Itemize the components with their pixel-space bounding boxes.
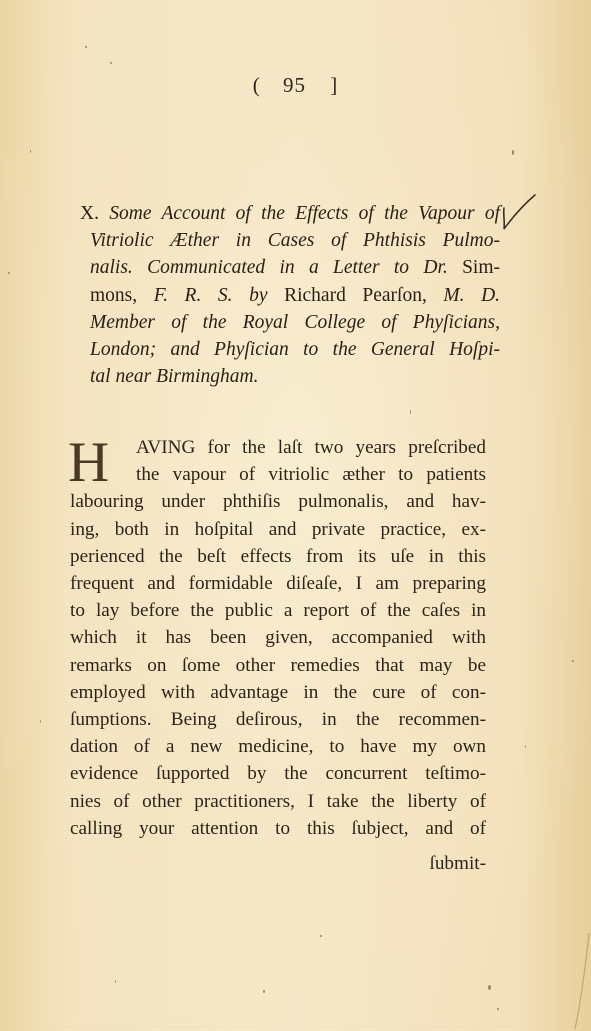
foxing-spot xyxy=(525,745,526,748)
book-page: ( 95 ] X. Some Account of the Effects of… xyxy=(0,0,591,1031)
foxing-spot xyxy=(85,46,87,48)
foxing-spot xyxy=(8,272,10,274)
foxing-spot xyxy=(497,1008,499,1010)
foxing-spot xyxy=(320,935,322,937)
foxing-spot xyxy=(263,990,265,993)
heading-line: tal near Birmingham. xyxy=(90,363,500,390)
body-line: which it has been given, accompanied wit… xyxy=(70,624,486,651)
author-degree: M. D. xyxy=(443,285,500,306)
page-number-close-bracket: ] xyxy=(330,73,338,98)
article-heading: X. Some Account of the Effects of the Va… xyxy=(90,200,500,390)
page-number-open-bracket: ( xyxy=(253,73,261,98)
foxing-spot xyxy=(488,985,491,990)
body-line: ſumptions. Being deſirous, in the recomm… xyxy=(70,706,486,733)
foxing-spot xyxy=(40,720,41,723)
body-line: AVING for the laſt two years preſcribed xyxy=(136,434,486,461)
body-line: calling your attention to this ſubject, … xyxy=(70,815,486,842)
heading-line: Member of the Royal College of Phyſician… xyxy=(90,309,500,336)
body-line: the vapour of vitriolic æther to patient… xyxy=(136,461,486,488)
foxing-spot xyxy=(512,150,514,155)
heading-title-text: Member of the Royal College of Phyſician… xyxy=(90,312,500,333)
heading-line: X. Some Account of the Effects of the Va… xyxy=(80,200,500,227)
heading-title-text: tal near Birmingham. xyxy=(90,366,258,387)
body-line: frequent and formidable diſeaſe, I am pr… xyxy=(70,570,486,597)
body-line: dation of a new medicine, to have my own xyxy=(70,733,486,760)
heading-roman-text: mons, xyxy=(90,285,137,306)
handwritten-checkmark-icon xyxy=(500,192,540,232)
author-name: Richard Pearſon, xyxy=(284,285,427,306)
heading-title-text: Some Account of the Effects of the Vapou… xyxy=(109,203,500,224)
heading-line: London; and Phyſician to the General Hoſ… xyxy=(90,336,500,363)
foxing-spot xyxy=(410,410,411,414)
page-number-value: 95 xyxy=(283,73,306,98)
body-line: perienced the beſt effects from its uſe … xyxy=(70,543,486,570)
body-line: nies of other practitioners, I take the … xyxy=(70,788,486,815)
heading-line: mons, F. R. S. by Richard Pearſon, M. D. xyxy=(90,282,500,309)
foxing-spot xyxy=(110,62,112,64)
heading-line: nalis. Communicated in a Letter to Dr. S… xyxy=(90,254,500,281)
foxing-spot xyxy=(115,980,116,983)
heading-title-text: nalis. Communicated in a Letter to Dr. xyxy=(90,257,448,278)
heading-title-text: Vitriolic Æther in Cases of Phthisis Pul… xyxy=(90,230,500,251)
body-line: evidence ſupported by the concurrent teſ… xyxy=(70,760,486,787)
body-line: employed with advantage in the cure of c… xyxy=(70,679,486,706)
page-number: ( 95 ] xyxy=(0,73,591,98)
body-line: remarks on ſome other remedies that may … xyxy=(70,652,486,679)
drop-cap: H xyxy=(68,438,109,488)
body-paragraph: H AVING for the laſt two years preſcribe… xyxy=(70,434,486,877)
page-corner-crease xyxy=(561,931,591,1031)
foxing-spot xyxy=(572,660,574,662)
article-number: X. xyxy=(80,203,99,224)
body-line: to lay before the public a report of the… xyxy=(70,597,486,624)
foxing-spot xyxy=(30,150,31,153)
heading-title-text: London; and Phyſician to the General Hoſ… xyxy=(90,339,500,360)
heading-line: Vitriolic Æther in Cases of Phthisis Pul… xyxy=(90,227,500,254)
catchword: ſubmit- xyxy=(70,850,486,877)
heading-title-text: F. R. S. by xyxy=(154,285,268,306)
heading-roman-text: Sim- xyxy=(462,257,500,278)
body-line: labouring under phthiſis pulmonalis, and… xyxy=(70,488,486,515)
body-line: ing, both in hoſpital and private practi… xyxy=(70,516,486,543)
